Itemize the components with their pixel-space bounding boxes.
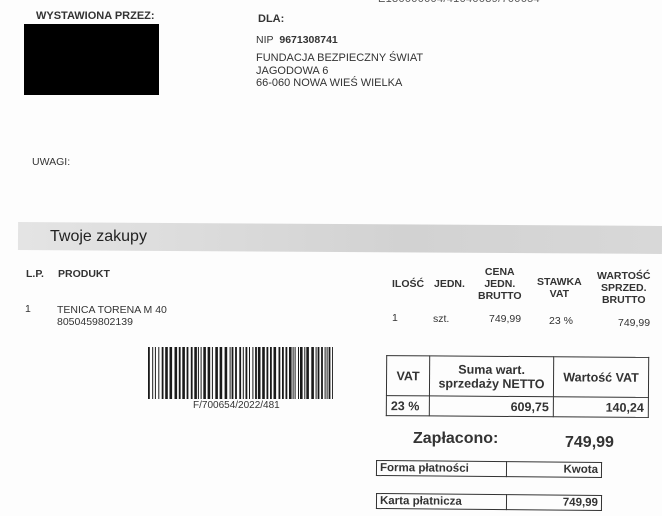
item-product: TENICA TORENA M 40 8050459802139 [57, 304, 167, 328]
item-unit: szt. [433, 313, 449, 325]
payment-row-table: Karta płatnicza 749,99 [376, 493, 602, 511]
recipient-nip: NIP 9671308741 [256, 34, 338, 46]
vat-rate-cell: 23 % [386, 396, 429, 416]
item-unit-price: 749,99 [489, 313, 521, 325]
payment-amount-header: Kwota [506, 462, 601, 478]
nip-value: 9671308741 [279, 34, 337, 46]
recipient-city: 66-060 NOWA WIEŚ WIELKA [256, 77, 423, 90]
vat-amount-cell: 140,24 [553, 397, 648, 418]
col-unit: JEDN. [434, 278, 465, 290]
payment-amount-cell: 749,99 [506, 495, 601, 511]
item-vat-rate: 23 % [549, 315, 573, 327]
recipient-name: FUNDACJA BEZPIECZNY ŚWIAT [256, 52, 423, 65]
redacted-issuer-block [24, 24, 159, 95]
col-gross-value-l1: WARTOŚĆ [597, 270, 650, 282]
vat-header-rate: VAT [386, 356, 429, 396]
document-number-cut: E130000004/41040039/700654 [378, 0, 540, 5]
vat-net-cell: 609,75 [429, 396, 553, 417]
vat-header-amount: Wartość VAT [553, 357, 648, 398]
paid-label: Zapłacono: [413, 430, 498, 448]
recipient-label: DLA: [258, 13, 284, 25]
col-unit-price-l3: BRUTTO [478, 290, 522, 302]
col-vat-rate-l2: VAT [537, 288, 582, 300]
item-lp: 1 [25, 303, 31, 315]
recipient-street: JAGODOWA 6 [256, 65, 423, 78]
item-product-name: TENICA TORENA M 40 [57, 304, 167, 316]
item-qty: 1 [392, 312, 398, 324]
col-product: PRODUKT [58, 268, 110, 280]
recipient-address: FUNDACJA BEZPIECZNY ŚWIAT JAGODOWA 6 66-… [256, 52, 423, 90]
col-vat-rate-l1: STAWKA [537, 276, 582, 288]
col-gross-value-l2: SPRZED. [597, 282, 650, 294]
payment-method-header: Forma płatności [376, 461, 506, 477]
barcode-image [148, 347, 333, 399]
col-gross-value: WARTOŚĆ SPRZED. BRUTTO [597, 270, 650, 306]
item-ean: 8050459802139 [57, 316, 167, 328]
col-qty: ILOŚĆ [392, 278, 424, 290]
item-gross-value: 749,99 [618, 317, 650, 329]
col-gross-value-l3: BRUTTO [597, 294, 650, 306]
col-unit-price-l1: CENA [478, 266, 522, 278]
notes-label: UWAGI: [32, 156, 70, 168]
paid-value: 749,99 [565, 434, 614, 452]
payment-header-table: Forma płatności Kwota [376, 460, 602, 478]
col-lp: L.P. [26, 268, 44, 280]
col-vat-rate: STAWKA VAT [537, 276, 582, 300]
vat-header-net-l1: Suma wart. [434, 362, 549, 377]
nip-label: NIP [256, 34, 274, 46]
vat-summary-table: VAT Suma wart. sprzedaży NETTO Wartość V… [386, 355, 649, 418]
col-unit-price: CENA JEDN. BRUTTO [478, 266, 522, 302]
vat-header-net-l2: sprzedaży NETTO [434, 376, 549, 391]
issuer-label: WYSTAWIONA PRZEZ: [36, 10, 155, 22]
payment-method-cell: Karta płatnicza [376, 494, 506, 510]
col-unit-price-l2: JEDN. [478, 278, 522, 290]
section-title: Twoje zakupy [50, 228, 147, 246]
barcode-text: F/700654/2022/481 [193, 400, 280, 411]
vat-header-net: Suma wart. sprzedaży NETTO [429, 356, 553, 397]
